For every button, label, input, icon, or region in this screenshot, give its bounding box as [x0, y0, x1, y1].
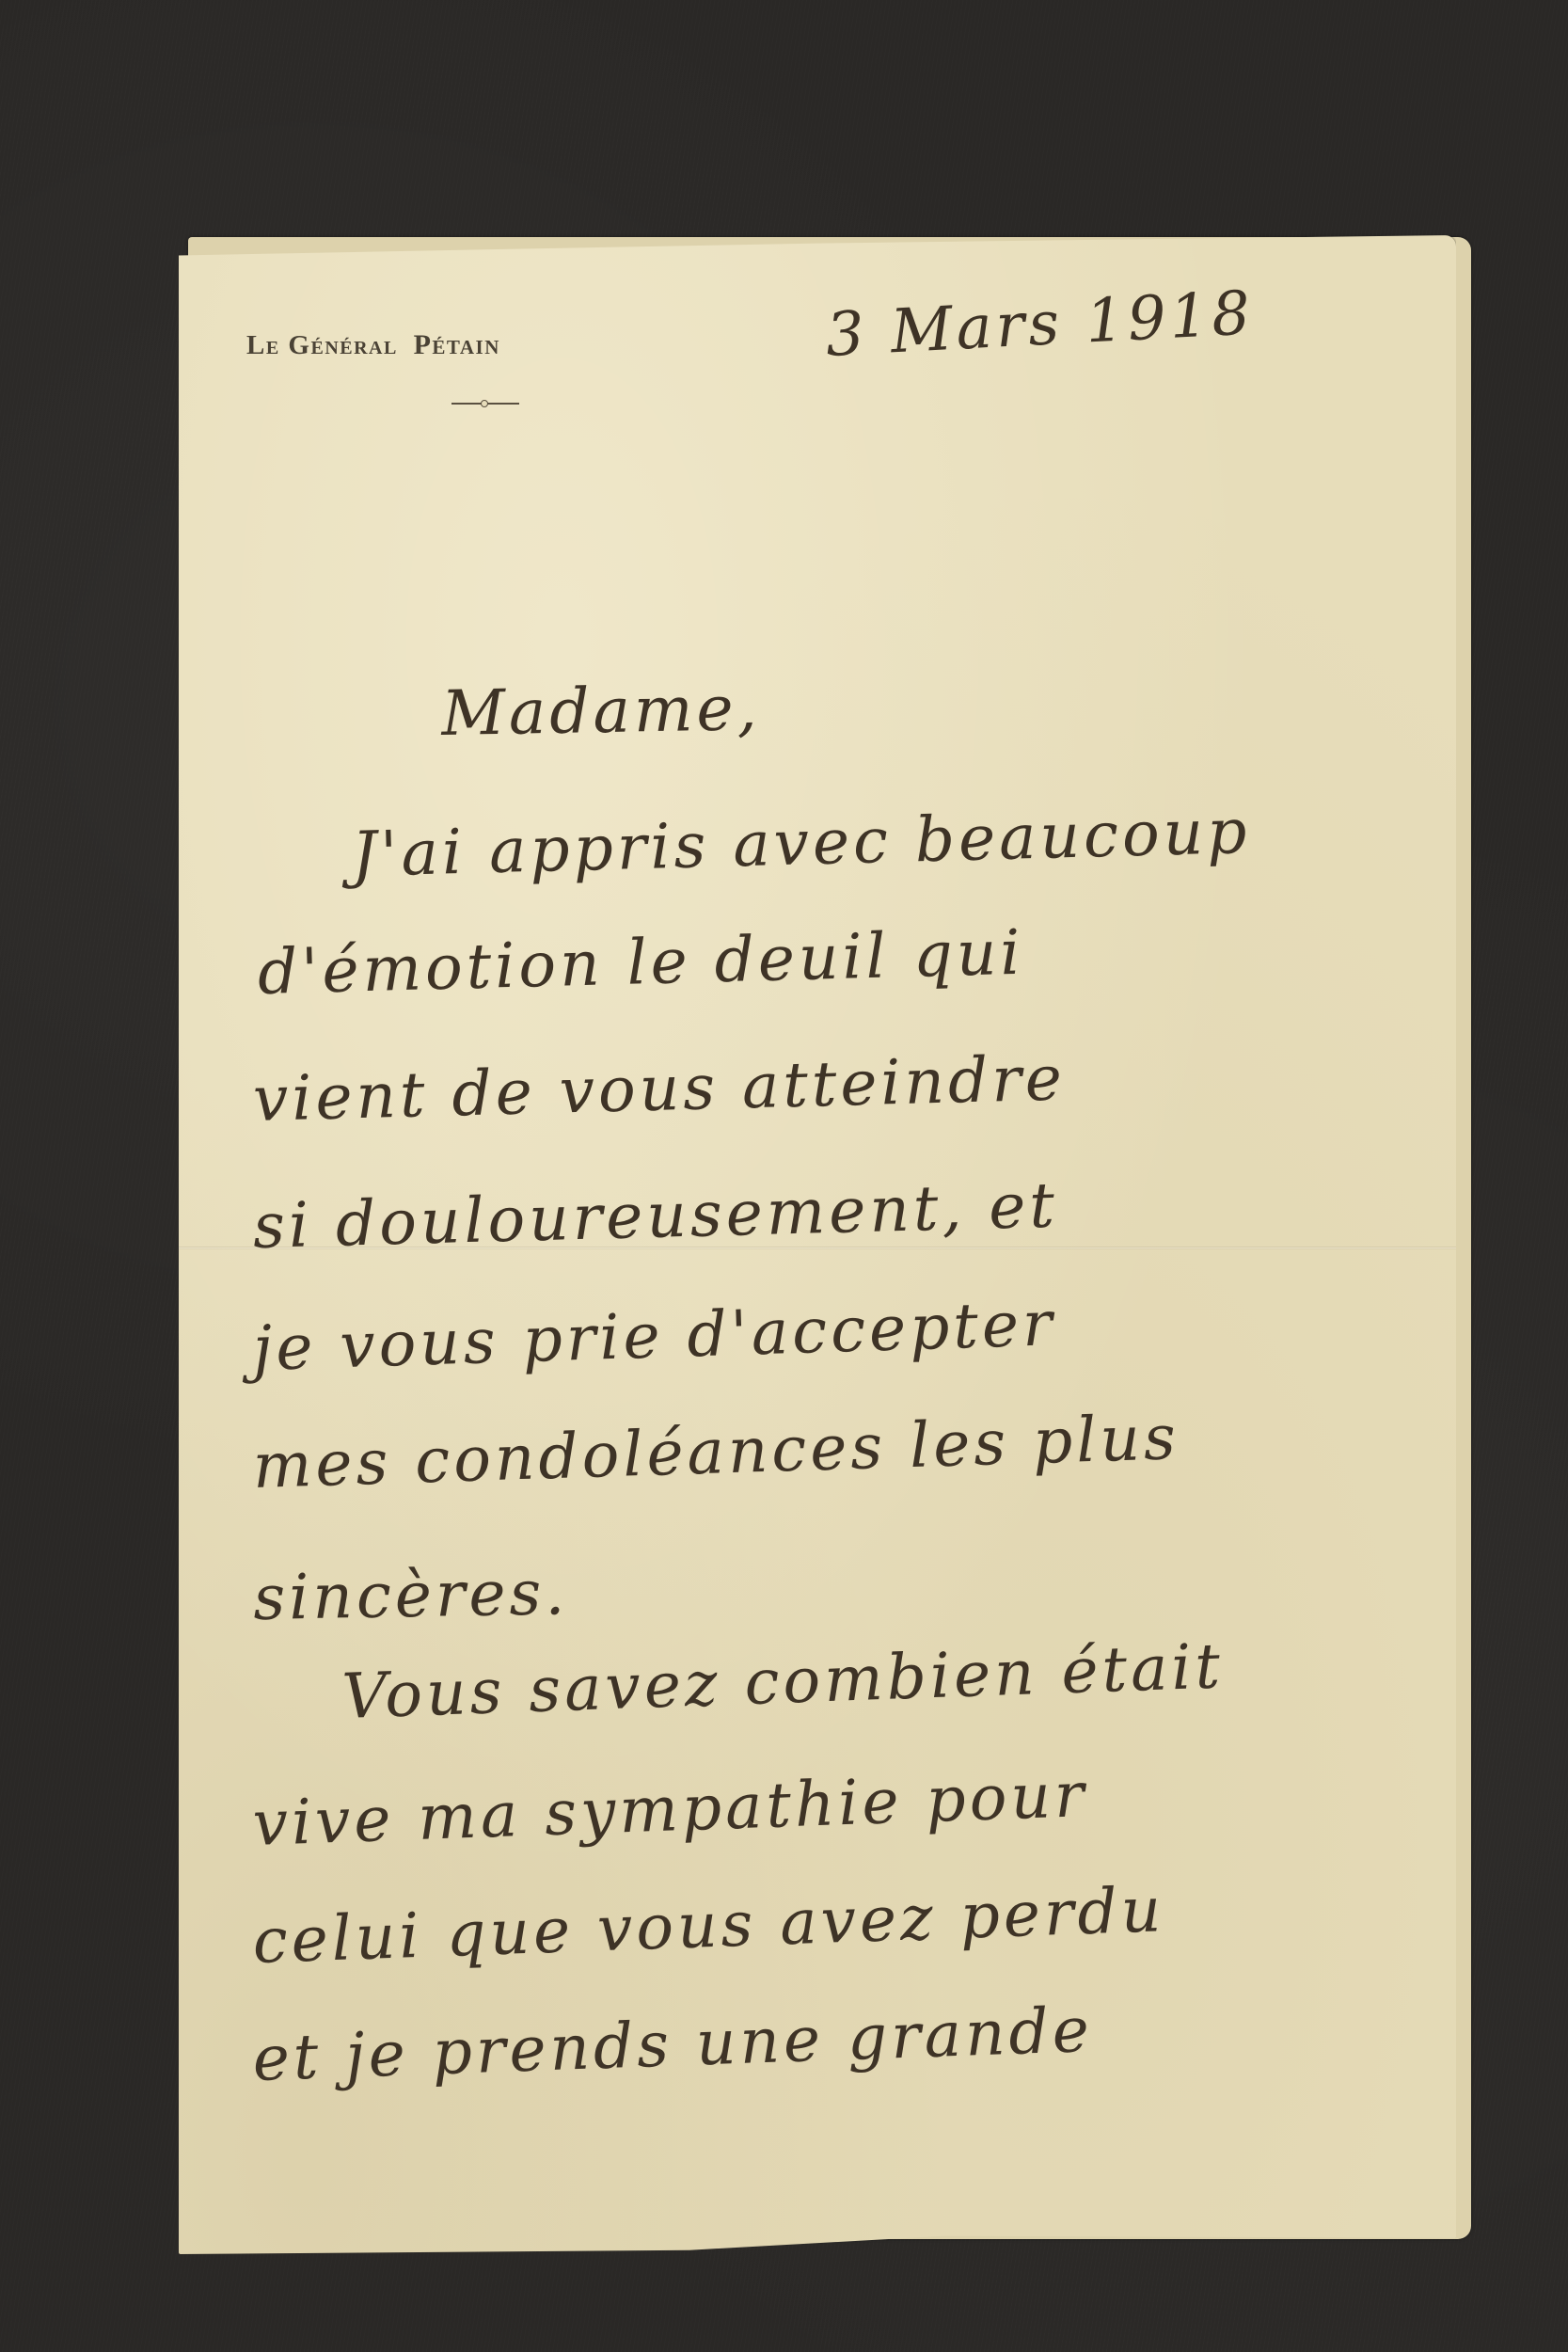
- letter-line: et je prends une grande: [251, 1994, 1094, 2095]
- letter-line: je vous prie d'accepter: [252, 1287, 1057, 1385]
- letter-date: 3 Mars 1918: [824, 278, 1256, 371]
- letterhead-name: Pétain: [414, 329, 500, 360]
- letter-line: vive ma sympathie pour: [251, 1758, 1088, 1860]
- letter-line: celui que vous avez perdu: [251, 1873, 1165, 1978]
- letter-sheet: Le Général Pétain 3 Mars 1918 Madame, J'…: [179, 235, 1456, 2254]
- letterhead-prefix: Le Général: [246, 330, 398, 360]
- letter-line: d'émotion le deuil qui: [257, 916, 1024, 1009]
- letter-line: mes condoléances les plus: [252, 1401, 1180, 1502]
- letter-line: J'ai appris avec beaucoup: [351, 795, 1251, 891]
- letterhead-ornament-icon: [451, 400, 519, 407]
- letter-line: sincères.: [253, 1556, 569, 1634]
- letter-line: Vous savez combien était: [341, 1629, 1225, 1733]
- salutation: Madame,: [441, 672, 761, 750]
- letter-line: vient de vous atteindre: [252, 1041, 1067, 1136]
- letterhead: Le Général Pétain: [246, 329, 500, 361]
